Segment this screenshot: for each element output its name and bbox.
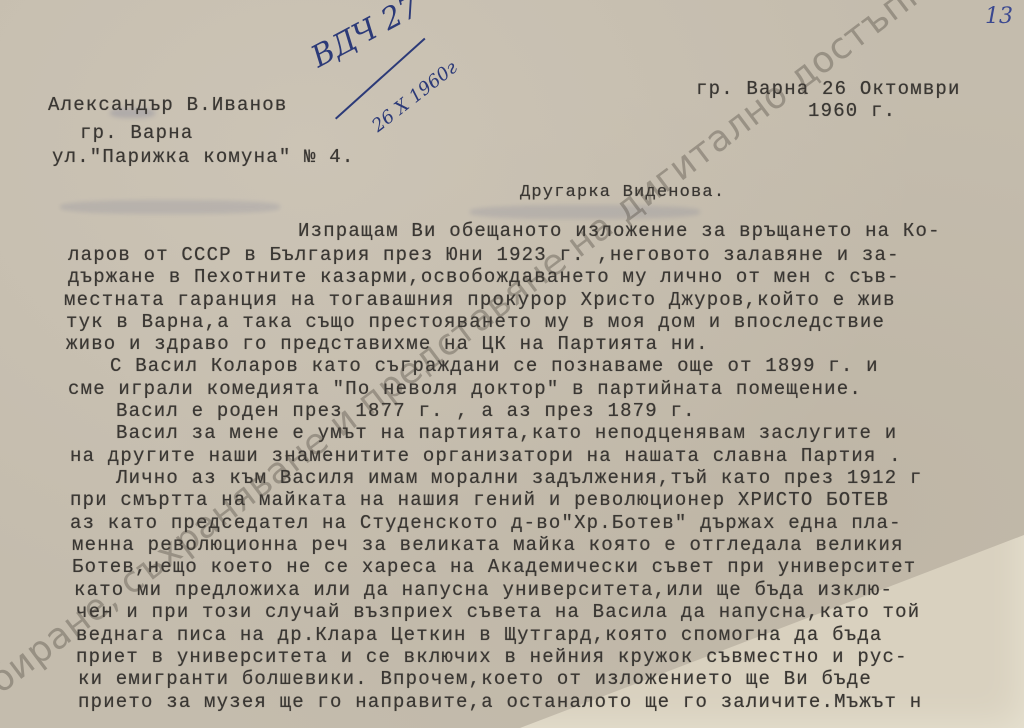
body-line-16: Ботев,нещо което не се хареса на Академи… <box>72 558 916 577</box>
page-number: 13 <box>985 4 1013 29</box>
sender-name: Александър В.Иванов <box>48 96 287 115</box>
body-line-2: ларов от СССР в България през Юни 1923 г… <box>68 246 900 265</box>
body-line-3: държане в Пехотните казарми,освобождаван… <box>68 268 900 287</box>
place-date-line2: 1960 г. <box>808 102 896 121</box>
body-line-8: сме играли комедията "По неволя доктор" … <box>68 380 862 399</box>
place-date-line1: гр. Варна 26 Октомври <box>696 80 961 99</box>
body-line-22: прието за музея ще го направите,а остана… <box>78 693 922 712</box>
body-line-20: приет в университета и се включих в нейн… <box>76 648 908 667</box>
body-line-21: ки емигранти болшевики. Впрочем,което от… <box>78 670 872 689</box>
body-line-9: Васил е роден през 1877 г. , а аз през 1… <box>116 402 696 421</box>
body-line-11: на другите наши знаменитите организатори… <box>70 447 902 466</box>
body-line-6: живо и здраво го представихме на ЦК на П… <box>66 335 709 354</box>
body-line-7: С Васил Коларов като съграждани се позна… <box>110 357 879 376</box>
body-line-13: при смъртта на майката на нашия гений и … <box>70 491 889 510</box>
body-line-10: Васил за мене е умът на партията,като не… <box>116 424 897 443</box>
body-line-19: веднага писа на др.Клара Цеткин в Щутгар… <box>76 626 883 645</box>
sender-city: гр. Варна <box>80 124 193 143</box>
body-line-18: чен и при този случай възприех съвета на… <box>76 603 920 622</box>
body-line-17: като ми предложиха или да напусна универ… <box>74 581 893 600</box>
ink-smudge <box>60 200 280 214</box>
sender-street: ул."Парижка комуна" № 4. <box>52 148 354 167</box>
